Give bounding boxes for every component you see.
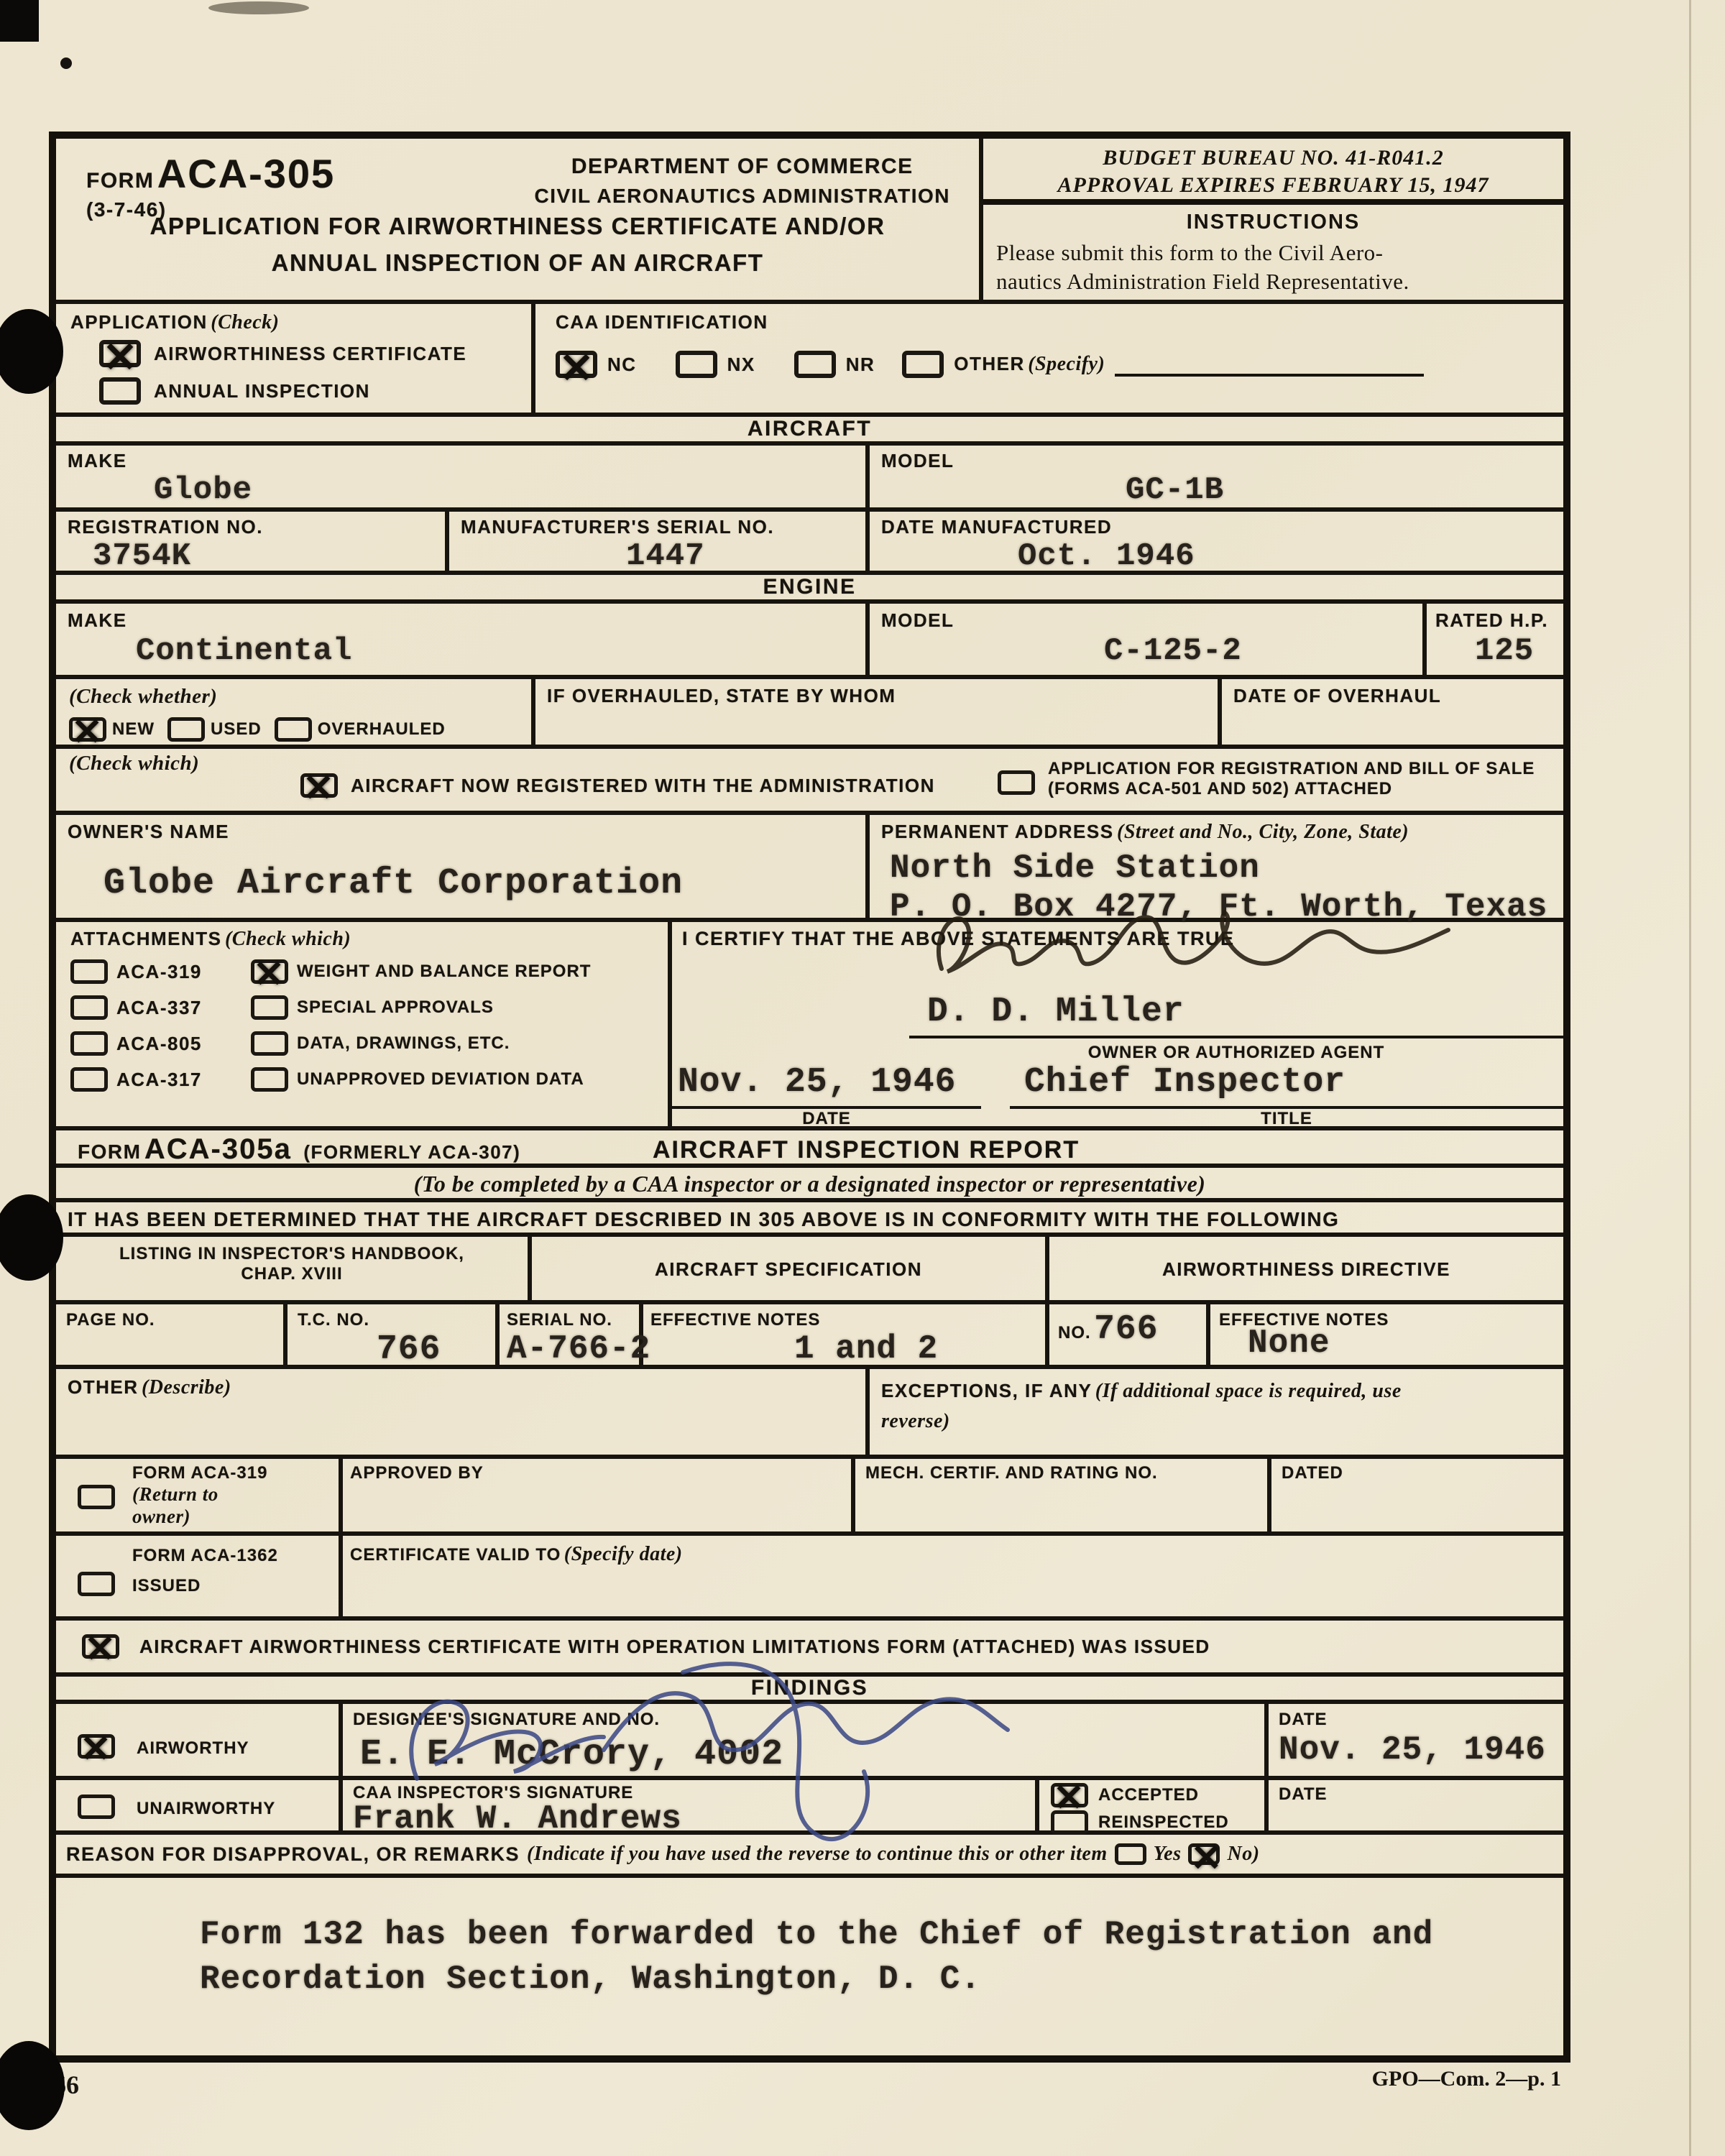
certify-statement: I CERTIFY THAT THE ABOVE STATEMENTS ARE … bbox=[682, 928, 1235, 950]
remarks-label-row: REASON FOR DISAPPROVAL, OR REMARKS (Indi… bbox=[56, 1835, 1563, 1878]
data-drawings-label: DATA, DRAWINGS, ETC. bbox=[297, 1033, 510, 1054]
airworthiness-certificate-label: AIRWORTHINESS CERTIFICATE bbox=[154, 343, 466, 365]
scan-dot bbox=[60, 57, 72, 69]
other-describe-label: OTHER bbox=[68, 1376, 139, 1398]
approved-by-label: APPROVED BY bbox=[350, 1463, 851, 1483]
report-subtitle-row: (To be completed by a CAA inspector or a… bbox=[56, 1168, 1563, 1202]
registration-status-row: (Check which) AIRCRAFT NOW REGISTERED WI… bbox=[56, 749, 1563, 815]
dept-line2: CIVIL AERONAUTICS ADMINISTRATION bbox=[535, 182, 950, 210]
exceptions-label: EXCEPTIONS, IF ANY bbox=[881, 1380, 1092, 1401]
report-table-header: LISTING IN INSPECTOR'S HANDBOOK, CHAP. X… bbox=[56, 1237, 1563, 1304]
aca319-row: FORM ACA-319 (Return to owner) APPROVED … bbox=[56, 1459, 1563, 1536]
overhaul-date-label: DATE OF OVERHAUL bbox=[1233, 685, 1563, 707]
airworthy-checkbox bbox=[78, 1734, 115, 1759]
owner-name-cell: OWNER'S NAME Globe Aircraft Corporation bbox=[56, 815, 870, 918]
aircraft-model-label: MODEL bbox=[881, 450, 1563, 472]
check-which-label: (Check which) bbox=[69, 752, 199, 775]
nc-label: NC bbox=[607, 354, 637, 376]
airworthy-label: AIRWORTHY bbox=[137, 1738, 249, 1759]
nr-label: NR bbox=[846, 354, 875, 376]
ad-no-value: 766 bbox=[1094, 1310, 1158, 1349]
application-option-airworthiness: AIRWORTHINESS CERTIFICATE bbox=[99, 340, 531, 367]
gpo-imprint: GPO—Com. 2—p. 1 bbox=[1372, 2067, 1561, 2091]
annual-inspection-checkbox bbox=[99, 377, 141, 405]
attachments-cell: ATTACHMENTS (Check which) ACA-319 WEIGHT… bbox=[56, 922, 672, 1126]
annual-inspection-label: ANNUAL INSPECTION bbox=[154, 380, 370, 402]
aircraft-make-value: Globe bbox=[154, 472, 865, 508]
rated-hp-label: RATED H.P. bbox=[1435, 609, 1563, 632]
registration-attached-checkbox bbox=[998, 770, 1035, 795]
col-spec-header: AIRCRAFT SPECIFICATION bbox=[532, 1237, 1049, 1300]
tc-no-cell: T.C. NO. 766 bbox=[287, 1304, 500, 1365]
caa-inspector-name: Frank W. Andrews bbox=[353, 1800, 1035, 1838]
attachments-row: ATTACHMENTS (Check which) ACA-319 WEIGHT… bbox=[56, 922, 1563, 1130]
aircraft-make-cell: MAKE Globe bbox=[56, 446, 870, 507]
report-form-number-block: FORM ACA-305a (FORMERLY ACA-307) bbox=[78, 1133, 520, 1166]
mech-certif-label: MECH. CERTIF. AND RATING NO. bbox=[865, 1463, 1267, 1483]
aircraft-section-title: AIRCRAFT bbox=[56, 417, 1563, 441]
findings-section-header: FINDINGS bbox=[56, 1677, 1563, 1704]
form-title-line1: APPLICATION FOR AIRWORTHINESS CERTIFICAT… bbox=[56, 208, 979, 244]
designee-signature-cell: DESIGNEE'S SIGNATURE AND NO. E. E. McCro… bbox=[343, 1704, 1269, 1776]
instructions-title: INSTRUCTIONS bbox=[983, 211, 1563, 234]
engine-model-value: C-125-2 bbox=[1104, 633, 1422, 669]
nr-checkbox bbox=[794, 351, 836, 378]
airworthiness-certificate-checkbox bbox=[99, 340, 141, 367]
report-form-number: ACA-305a bbox=[144, 1133, 292, 1165]
form-aca319-label: FORM ACA-319 (Return to owner) bbox=[132, 1463, 267, 1528]
col-ad-header: AIRWORTHINESS DIRECTIVE bbox=[1049, 1237, 1563, 1300]
conformity-statement: IT HAS BEEN DETERMINED THAT THE AIRCRAFT… bbox=[56, 1202, 1563, 1233]
header-right: BUDGET BUREAU NO. 41-R041.2 APPROVAL EXP… bbox=[983, 139, 1563, 300]
spec-notes-label: EFFECTIVE NOTES bbox=[650, 1310, 1045, 1330]
spec-serial-label: SERIAL NO. bbox=[507, 1310, 639, 1330]
certification-date-label: DATE bbox=[672, 1109, 981, 1129]
remarks-label-paren: (Indicate if you have used the reverse t… bbox=[527, 1843, 1108, 1866]
remarks-yes-label: Yes bbox=[1154, 1843, 1182, 1866]
tc-no-label: T.C. NO. bbox=[298, 1310, 495, 1330]
engine-section-header: ENGINE bbox=[56, 575, 1563, 604]
scan-corner-artifact bbox=[0, 0, 39, 42]
cert-issued-checkbox bbox=[82, 1634, 119, 1659]
application-label: APPLICATION (Check) bbox=[70, 311, 531, 334]
overhauled-by-cell: IF OVERHAULED, STATE BY WHOM bbox=[535, 679, 1222, 745]
serial-label: MANUFACTURER'S SERIAL NO. bbox=[461, 516, 865, 538]
report-header-cell: FORM ACA-305a (FORMERLY ACA-307) AIRCRAF… bbox=[56, 1130, 1563, 1164]
engine-overhaul-row: (Check whether) NEW USED OVERHAULED IF O… bbox=[56, 679, 1563, 749]
registered-checkbox bbox=[300, 773, 338, 798]
signer-role-label: OWNER OR AUTHORIZED AGENT bbox=[909, 1043, 1563, 1063]
owner-name-value: Globe Aircraft Corporation bbox=[103, 863, 865, 904]
remarks-body-cell: Form 132 has been forwarded to the Chief… bbox=[56, 1878, 1563, 2055]
remarks-no-checkbox bbox=[1188, 1843, 1220, 1865]
attachment-row-aca319: ACA-319 WEIGHT AND BALANCE REPORT bbox=[70, 959, 668, 984]
caa-date-cell: DATE bbox=[1269, 1780, 1563, 1830]
report-title: AIRCRAFT INSPECTION REPORT bbox=[653, 1136, 1080, 1164]
aircraft-registration-row: REGISTRATION NO. 3754K MANUFACTURER'S SE… bbox=[56, 512, 1563, 575]
form-title-line2: ANNUAL INSPECTION OF AN AIRCRAFT bbox=[56, 244, 979, 281]
engine-condition-cell: (Check whether) NEW USED OVERHAULED bbox=[56, 679, 535, 745]
instructions-line2: nautics Administration Field Representat… bbox=[996, 267, 1553, 296]
department-block: DEPARTMENT OF COMMERCE CIVIL AERONAUTICS… bbox=[535, 152, 950, 210]
rated-hp-value: 125 bbox=[1475, 633, 1563, 669]
other-cell: OTHER (Describe) bbox=[56, 1369, 870, 1455]
ad-no-label: NO. bbox=[1058, 1323, 1091, 1342]
form-title: APPLICATION FOR AIRWORTHINESS CERTIFICAT… bbox=[56, 208, 979, 281]
page-no-label: PAGE NO. bbox=[66, 1310, 283, 1330]
new-label: NEW bbox=[112, 719, 155, 740]
attachment-row-aca337: ACA-337 SPECIAL APPROVALS bbox=[70, 995, 668, 1020]
header-row: FORM ACA-305 (3-7-46) DEPARTMENT OF COMM… bbox=[56, 139, 1563, 304]
report-subtitle: (To be completed by a CAA inspector or a… bbox=[56, 1168, 1563, 1198]
weight-balance-label: WEIGHT AND BALANCE REPORT bbox=[297, 962, 591, 982]
caa-inspector-cell: CAA INSPECTOR'S SIGNATURE Frank W. Andre… bbox=[343, 1780, 1039, 1830]
budget-line1: BUDGET BUREAU NO. 41-R041.2 bbox=[983, 144, 1563, 172]
designee-date-cell: DATE Nov. 25, 1946 bbox=[1269, 1704, 1563, 1776]
certificate-valid-label: CERTIFICATE VALID TO bbox=[350, 1545, 561, 1565]
remarks-no-label: No) bbox=[1227, 1843, 1259, 1866]
findings-section-title: FINDINGS bbox=[56, 1676, 1563, 1700]
new-checkbox bbox=[69, 717, 106, 742]
approved-by-cell: APPROVED BY bbox=[343, 1459, 855, 1531]
remarks-yes-checkbox bbox=[1115, 1843, 1146, 1865]
aca1362-row: FORM ACA-1362 ISSUED CERTIFICATE VALID T… bbox=[56, 1536, 1563, 1621]
accepted-reinspected-cell: ACCEPTED REINSPECTED bbox=[1039, 1780, 1269, 1830]
registration-attached-label: APPLICATION FOR REGISTRATION AND BILL OF… bbox=[1048, 759, 1535, 799]
attachment-row-aca805: ACA-805 DATA, DRAWINGS, ETC. bbox=[70, 1031, 668, 1056]
spec-notes-cell: EFFECTIVE NOTES 1 and 2 bbox=[643, 1304, 1049, 1365]
unairworthy-checkbox bbox=[78, 1795, 115, 1819]
overhauled-by-label: IF OVERHAULED, STATE BY WHOM bbox=[547, 685, 1218, 707]
other-checkbox bbox=[902, 351, 944, 378]
check-whether-label: (Check whether) bbox=[69, 685, 531, 709]
registration-value: 3754K bbox=[93, 538, 445, 574]
attachments-label: ATTACHMENTS (Check which) bbox=[70, 928, 668, 951]
budget-bureau-block: BUDGET BUREAU NO. 41-R041.2 APPROVAL EXP… bbox=[983, 139, 1563, 205]
data-drawings-checkbox bbox=[251, 1031, 288, 1056]
conformity-row: IT HAS BEEN DETERMINED THAT THE AIRCRAFT… bbox=[56, 1202, 1563, 1237]
page-no-cell: PAGE NO. bbox=[56, 1304, 287, 1365]
aca1362-cell: FORM ACA-1362 ISSUED bbox=[56, 1536, 343, 1616]
aca-805-checkbox bbox=[70, 1031, 108, 1056]
reinspected-checkbox bbox=[1051, 1810, 1088, 1835]
designee-name-typed: E. E. McCrory, 4002 bbox=[360, 1734, 1264, 1775]
remarks-label-cell: REASON FOR DISAPPROVAL, OR REMARKS (Indi… bbox=[56, 1835, 1563, 1874]
remarks-body-row: Form 132 has been forwarded to the Chief… bbox=[56, 1878, 1563, 2055]
owner-name-label: OWNER'S NAME bbox=[68, 821, 865, 843]
report-header-row: FORM ACA-305a (FORMERLY ACA-307) AIRCRAF… bbox=[56, 1130, 1563, 1168]
aca-337-checkbox bbox=[70, 995, 108, 1020]
other-specify-line bbox=[1115, 352, 1424, 377]
unapproved-deviation-checkbox bbox=[251, 1067, 288, 1092]
accepted-label: ACCEPTED bbox=[1098, 1785, 1199, 1805]
accepted-checkbox bbox=[1051, 1783, 1088, 1807]
used-label: USED bbox=[211, 719, 262, 740]
ad-notes-cell: EFFECTIVE NOTES None bbox=[1210, 1304, 1563, 1365]
instructions-block: INSTRUCTIONS Please submit this form to … bbox=[983, 211, 1563, 297]
accepted-row: ACCEPTED bbox=[1051, 1783, 1264, 1807]
cert-issued-row: AIRCRAFT AIRWORTHINESS CERTIFICATE WITH … bbox=[56, 1621, 1563, 1677]
engine-make-row: MAKE Continental MODEL C-125-2 RATED H.P… bbox=[56, 604, 1563, 679]
ad-notes-value: None bbox=[1248, 1325, 1563, 1362]
findings-row-1: AIRWORTHY DESIGNEE'S SIGNATURE AND NO. E… bbox=[56, 1704, 1563, 1780]
ad-no-cell: NO. 766 bbox=[1049, 1304, 1210, 1365]
registered-label: AIRCRAFT NOW REGISTERED WITH THE ADMINIS… bbox=[351, 775, 935, 797]
attachment-row-aca317: ACA-317 UNAPPROVED DEVIATION DATA bbox=[70, 1067, 668, 1092]
engine-make-value: Continental bbox=[136, 633, 865, 669]
report-formerly: (FORMERLY ACA-307) bbox=[303, 1141, 520, 1163]
dept-line1: DEPARTMENT OF COMMERCE bbox=[535, 152, 950, 182]
owner-address-cell: PERMANENT ADDRESS (Street and No., City,… bbox=[870, 815, 1563, 918]
overhauled-checkbox bbox=[275, 717, 312, 742]
unairworthy-label: UNAIRWORTHY bbox=[137, 1799, 275, 1819]
aca-805-label: ACA-805 bbox=[116, 1033, 242, 1055]
engine-section-title: ENGINE bbox=[56, 575, 1563, 599]
cert-issued-cell: AIRCRAFT AIRWORTHINESS CERTIFICATE WITH … bbox=[56, 1634, 1563, 1659]
airworthy-cell: AIRWORTHY bbox=[56, 1704, 343, 1776]
date-manufactured-value: Oct. 1946 bbox=[1018, 538, 1563, 574]
instructions-body: Please submit this form to the Civil Aer… bbox=[983, 234, 1563, 297]
aca319-cell: FORM ACA-319 (Return to owner) bbox=[56, 1459, 343, 1531]
overhaul-date-cell: DATE OF OVERHAUL bbox=[1222, 679, 1563, 745]
form-aca-305: FORM ACA-305 (3-7-46) DEPARTMENT OF COMM… bbox=[49, 132, 1570, 2063]
unairworthy-cell: UNAIRWORTHY bbox=[56, 1780, 343, 1830]
date-manufactured-label: DATE MANUFACTURED bbox=[881, 516, 1563, 538]
application-label-paren: (Check) bbox=[211, 311, 279, 333]
header-left: FORM ACA-305 (3-7-46) DEPARTMENT OF COMM… bbox=[56, 139, 983, 300]
scanned-form-aca-305: { "page": { "footer_left": "666", "foote… bbox=[0, 0, 1725, 2156]
certification-date-value: Nov. 25, 1946 bbox=[678, 1063, 956, 1102]
registration-label: REGISTRATION NO. bbox=[68, 516, 445, 538]
budget-line2: APPROVAL EXPIRES FEBRUARY 15, 1947 bbox=[983, 172, 1563, 199]
designee-date-label: DATE bbox=[1279, 1710, 1563, 1730]
application-cell: APPLICATION (Check) AIRWORTHINESS CERTIF… bbox=[56, 304, 535, 413]
special-approvals-checkbox bbox=[251, 995, 288, 1020]
designee-date-value: Nov. 25, 1946 bbox=[1279, 1731, 1563, 1769]
serial-value: 1447 bbox=[626, 538, 865, 574]
aca-317-label: ACA-317 bbox=[116, 1069, 242, 1091]
findings-row-2: UNAIRWORTHY CAA INSPECTOR'S SIGNATURE Fr… bbox=[56, 1780, 1563, 1835]
application-row: APPLICATION (Check) AIRWORTHINESS CERTIF… bbox=[56, 304, 1563, 417]
cert-issued-label: AIRCRAFT AIRWORTHINESS CERTIFICATE WITH … bbox=[139, 1636, 1210, 1658]
other-label: OTHER (Specify) bbox=[954, 353, 1105, 376]
nx-label: NX bbox=[727, 354, 755, 376]
reinspected-label: REINSPECTED bbox=[1098, 1812, 1229, 1833]
spec-serial-value: A-766-2 bbox=[507, 1330, 639, 1368]
spec-serial-cell: SERIAL NO. A-766-2 bbox=[500, 1304, 643, 1365]
nc-checkbox bbox=[556, 351, 597, 378]
registration-status-cell: (Check which) AIRCRAFT NOW REGISTERED WI… bbox=[56, 749, 1563, 811]
scan-smudge bbox=[208, 1, 309, 14]
overhauled-label: OVERHAULED bbox=[318, 719, 446, 740]
caa-identification-label: CAA IDENTIFICATION bbox=[556, 311, 1563, 333]
form-label: FORM bbox=[86, 169, 154, 193]
engine-make-cell: MAKE Continental bbox=[56, 604, 870, 675]
signer-name-typed: D. D. Miller bbox=[927, 992, 1184, 1031]
date-manufactured-cell: DATE MANUFACTURED Oct. 1946 bbox=[870, 512, 1563, 571]
aca-337-label: ACA-337 bbox=[116, 997, 242, 1019]
aca-317-checkbox bbox=[70, 1067, 108, 1092]
owner-address-line2: P. O. Box 4277, Ft. Worth, Texas bbox=[890, 888, 1563, 926]
weight-balance-checkbox bbox=[251, 959, 288, 984]
report-table-data: PAGE NO. T.C. NO. 766 SERIAL NO. A-766-2… bbox=[56, 1304, 1563, 1369]
exceptions-cell: EXCEPTIONS, IF ANY (If additional space … bbox=[870, 1369, 1563, 1455]
dated-cell: DATED bbox=[1271, 1459, 1563, 1531]
mech-certif-cell: MECH. CERTIF. AND RATING NO. bbox=[855, 1459, 1271, 1531]
form-number: ACA-305 bbox=[157, 151, 335, 196]
rated-hp-cell: RATED H.P. 125 bbox=[1427, 604, 1563, 675]
other-exceptions-row: OTHER (Describe) EXCEPTIONS, IF ANY (If … bbox=[56, 1369, 1563, 1459]
aca-319-label: ACA-319 bbox=[116, 961, 242, 983]
registration-cell: REGISTRATION NO. 3754K bbox=[56, 512, 449, 571]
tc-no-value: 766 bbox=[377, 1330, 495, 1369]
remarks-label: REASON FOR DISAPPROVAL, OR REMARKS bbox=[66, 1843, 520, 1866]
form-aca319-checkbox bbox=[78, 1485, 115, 1509]
nx-checkbox bbox=[676, 351, 717, 378]
engine-make-label: MAKE bbox=[68, 609, 865, 632]
certification-cell: I CERTIFY THAT THE ABOVE STATEMENTS ARE … bbox=[672, 922, 1563, 1126]
dated-label: DATED bbox=[1282, 1463, 1563, 1483]
certificate-valid-cell: CERTIFICATE VALID TO (Specify date) bbox=[343, 1536, 1563, 1616]
engine-model-label: MODEL bbox=[881, 609, 1422, 632]
designee-signature-label: DESIGNEE'S SIGNATURE AND NO. bbox=[353, 1710, 1264, 1730]
owner-address-line1: North Side Station bbox=[890, 849, 1563, 887]
aircraft-model-value: GC-1B bbox=[1126, 472, 1563, 508]
signature-line bbox=[909, 1036, 1563, 1038]
aircraft-section-header: AIRCRAFT bbox=[56, 417, 1563, 446]
owner-address-label: PERMANENT ADDRESS (Street and No., City,… bbox=[881, 821, 1563, 844]
form-aca1362-checkbox bbox=[78, 1572, 115, 1596]
aircraft-make-row: MAKE Globe MODEL GC-1B bbox=[56, 446, 1563, 512]
used-checkbox bbox=[167, 717, 205, 742]
engine-model-cell: MODEL C-125-2 bbox=[870, 604, 1427, 675]
col-listing-header: LISTING IN INSPECTOR'S HANDBOOK, CHAP. X… bbox=[56, 1237, 532, 1300]
certification-title-label: TITLE bbox=[1010, 1109, 1563, 1129]
special-approvals-label: SPECIAL APPROVALS bbox=[297, 998, 494, 1018]
report-form-label: FORM bbox=[78, 1141, 141, 1163]
aca-319-checkbox bbox=[70, 959, 108, 984]
aircraft-make-label: MAKE bbox=[68, 450, 865, 472]
aircraft-model-cell: MODEL GC-1B bbox=[870, 446, 1563, 507]
reinspected-row: REINSPECTED bbox=[1051, 1810, 1264, 1835]
caa-identification-cell: CAA IDENTIFICATION NC NX NR OTHER (Speci… bbox=[535, 304, 1563, 413]
owner-row: OWNER'S NAME Globe Aircraft Corporation … bbox=[56, 815, 1563, 922]
unapproved-deviation-label: UNAPPROVED DEVIATION DATA bbox=[297, 1069, 584, 1089]
application-option-annual: ANNUAL INSPECTION bbox=[99, 377, 531, 405]
form-aca1362-label: FORM ACA-1362 ISSUED bbox=[132, 1546, 278, 1596]
certification-title-value: Chief Inspector bbox=[1024, 1063, 1345, 1102]
scan-line-artifact bbox=[1689, 0, 1691, 2156]
caa-date-label: DATE bbox=[1279, 1784, 1563, 1805]
spec-notes-value: 1 and 2 bbox=[794, 1330, 1045, 1368]
remarks-body-line1: Form 132 has been forwarded to the Chief… bbox=[200, 1912, 1563, 1957]
instructions-line1: Please submit this form to the Civil Aer… bbox=[996, 239, 1553, 267]
remarks-body-line2: Recordation Section, Washington, D. C. bbox=[200, 1957, 1563, 2001]
serial-cell: MANUFACTURER'S SERIAL NO. 1447 bbox=[449, 512, 870, 571]
